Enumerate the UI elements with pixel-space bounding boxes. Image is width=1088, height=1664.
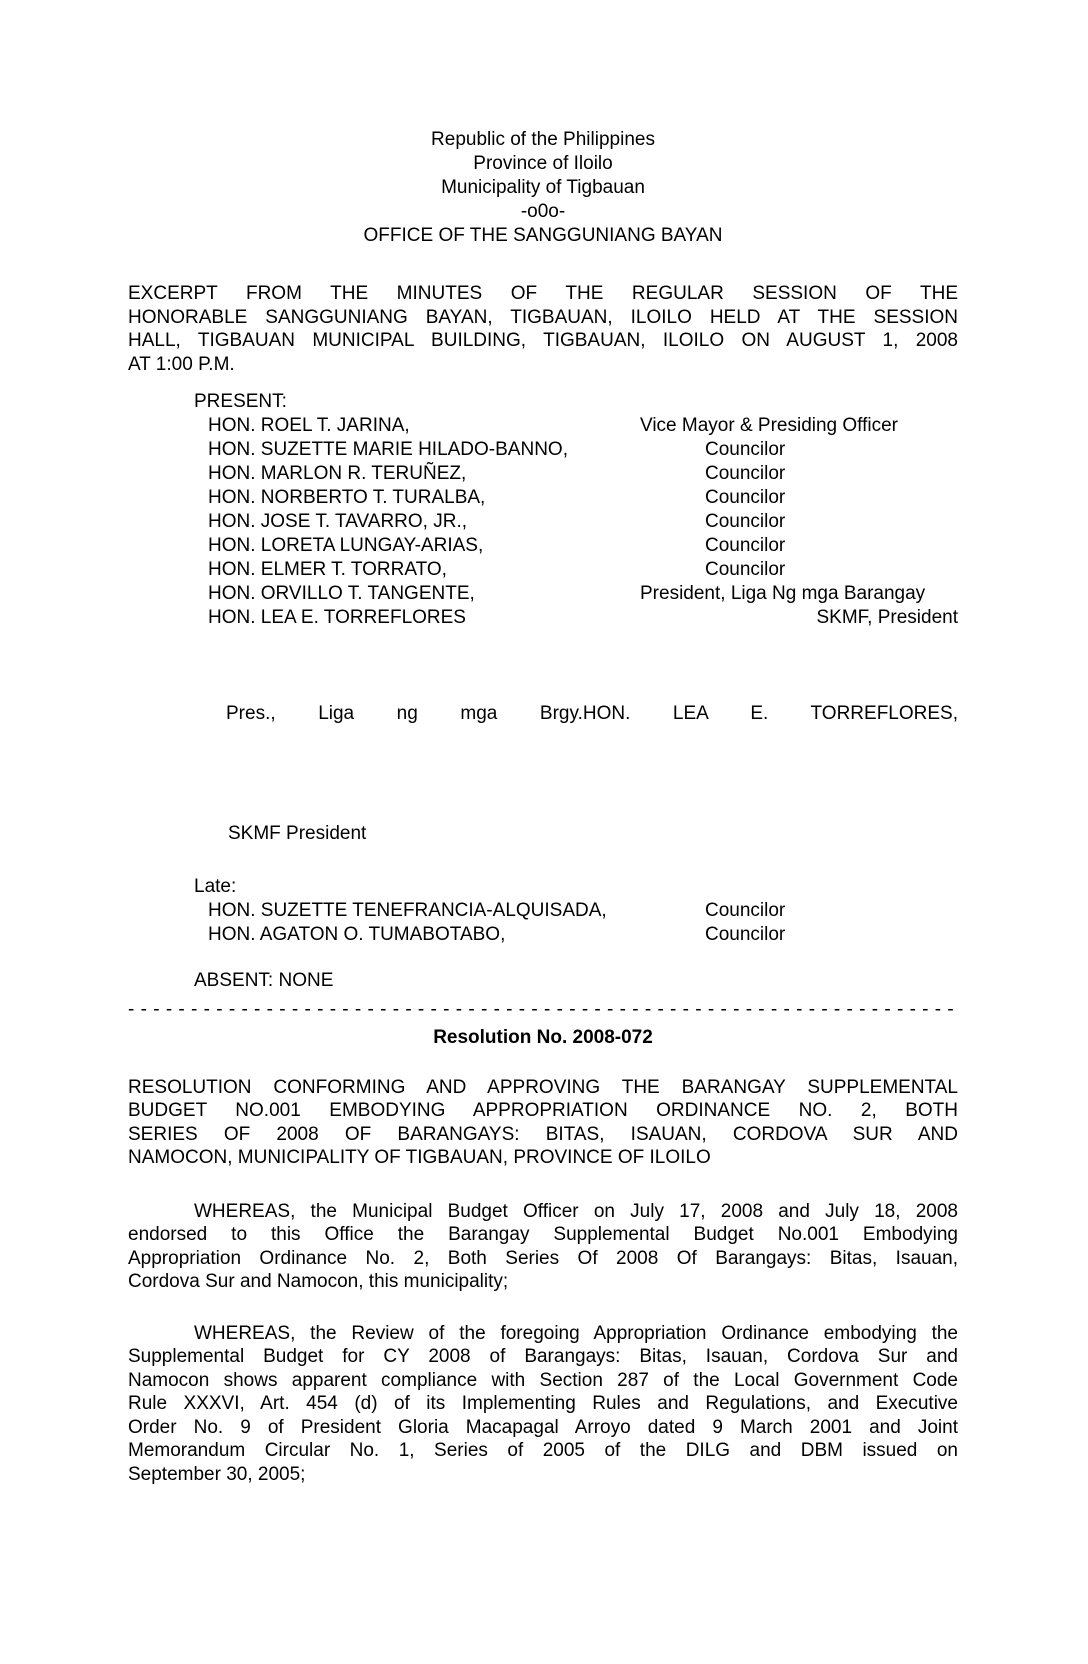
attendee-row: HON. AGATON O. TUMABOTABO, Councilor bbox=[128, 923, 958, 947]
attendee-position: Councilor bbox=[640, 534, 958, 558]
attendee-position: Councilor bbox=[640, 510, 958, 534]
attendee-position: SKMF, President bbox=[640, 606, 958, 630]
attendee-name: HON. AGATON O. TUMABOTABO, bbox=[208, 923, 640, 947]
attendee-name: HON. MARLON R. TERUÑEZ, bbox=[208, 462, 640, 486]
attendee-position: Councilor bbox=[640, 923, 958, 947]
whereas2-line: Namocon shows apparent compliance with S… bbox=[128, 1369, 958, 1393]
attendee-row: HON. JOSE T. TAVARRO, JR., Councilor bbox=[128, 510, 958, 534]
attendee-row: HON. SUZETTE TENEFRANCIA-ALQUISADA, Coun… bbox=[128, 899, 958, 923]
attendee-position: Vice Mayor & Presiding Officer bbox=[640, 414, 958, 438]
resolution-title-line: SERIES OF 2008 OF BARANGAYS: BITAS, ISAU… bbox=[128, 1123, 958, 1147]
skmf-president-line: SKMF President bbox=[128, 822, 958, 846]
attendee-row: HON. ORVILLO T. TANGENTE, President, Lig… bbox=[128, 582, 958, 606]
president-liga-overflow-line: Pres., Liga ng mga Brgy.HON. LEA E. TORR… bbox=[226, 702, 958, 726]
attendee-name: HON. ELMER T. TORRATO, bbox=[208, 558, 640, 582]
attendee-position: Councilor bbox=[640, 462, 958, 486]
excerpt-paragraph: EXCERPT FROM THE MINUTES OF THE REGULAR … bbox=[128, 282, 958, 376]
attendee-name: HON. LEA E. TORREFLORES bbox=[208, 606, 640, 630]
whereas2-line: WHEREAS, the Review of the foregoing App… bbox=[128, 1322, 958, 1346]
attendee-name: HON. ORVILLO T. TANGENTE, bbox=[208, 582, 640, 606]
whereas1-line: Appropriation Ordinance No. 2, Both Seri… bbox=[128, 1247, 958, 1271]
excerpt-line: EXCERPT FROM THE MINUTES OF THE REGULAR … bbox=[128, 282, 958, 306]
late-list: HON. SUZETTE TENEFRANCIA-ALQUISADA, Coun… bbox=[128, 899, 958, 947]
attendee-row: HON. LORETA LUNGAY-ARIAS, Councilor bbox=[128, 534, 958, 558]
whereas2-line: September 30, 2005; bbox=[128, 1463, 958, 1487]
attendee-row: HON. MARLON R. TERUÑEZ, Councilor bbox=[128, 462, 958, 486]
attendee-position: Councilor bbox=[640, 558, 958, 582]
whereas2-line: Supplemental Budget for CY 2008 of Baran… bbox=[128, 1345, 958, 1369]
letterhead-ornament: -o0o- bbox=[128, 200, 958, 224]
attendee-row: HON. NORBERTO T. TURALBA, Councilor bbox=[128, 486, 958, 510]
attendee-name: HON. ROEL T. JARINA, bbox=[208, 414, 640, 438]
whereas2-line: Memorandum Circular No. 1, Series of 200… bbox=[128, 1439, 958, 1463]
attendee-row: HON. LEA E. TORREFLORES SKMF, President bbox=[128, 606, 958, 630]
whereas2-line: Order No. 9 of President Gloria Macapaga… bbox=[128, 1416, 958, 1440]
attendee-position: Councilor bbox=[640, 486, 958, 510]
attendee-row: HON. SUZETTE MARIE HILADO-BANNO, Council… bbox=[128, 438, 958, 462]
letterhead-municipality: Municipality of Tigbauan bbox=[128, 176, 958, 200]
letterhead-province: Province of Iloilo bbox=[128, 152, 958, 176]
excerpt-line: HALL, TIGBAUAN MUNICIPAL BUILDING, TIGBA… bbox=[128, 329, 958, 353]
attendee-row: HON. ROEL T. JARINA, Vice Mayor & Presid… bbox=[128, 414, 958, 438]
excerpt-line: HONORABLE SANGGUNIANG BAYAN, TIGBAUAN, I… bbox=[128, 306, 958, 330]
attendee-position: Councilor bbox=[640, 899, 958, 923]
resolution-title-paragraph: RESOLUTION CONFORMING AND APPROVING THE … bbox=[128, 1076, 958, 1170]
attendee-name: HON. JOSE T. TAVARRO, JR., bbox=[208, 510, 640, 534]
attendee-name: HON. SUZETTE MARIE HILADO-BANNO, bbox=[208, 438, 640, 462]
resolution-title-line: NAMOCON, MUNICIPALITY OF TIGBAUAN, PROVI… bbox=[128, 1146, 958, 1170]
excerpt-line: AT 1:00 P.M. bbox=[128, 353, 958, 377]
document-content: Republic of the Philippines Province of … bbox=[128, 128, 958, 1486]
document-page: Republic of the Philippines Province of … bbox=[0, 0, 1088, 1664]
whereas2-line: Rule XXXVI, Art. 454 (d) of its Implemen… bbox=[128, 1392, 958, 1416]
document-letterhead: Republic of the Philippines Province of … bbox=[128, 128, 958, 248]
absent-line: ABSENT: NONE bbox=[128, 969, 958, 993]
attendee-name: HON. SUZETTE TENEFRANCIA-ALQUISADA, bbox=[208, 899, 640, 923]
present-label: PRESENT: bbox=[128, 390, 958, 414]
resolution-title-line: BUDGET NO.001 EMBODYING APPROPRIATION OR… bbox=[128, 1099, 958, 1123]
present-list: HON. ROEL T. JARINA, Vice Mayor & Presid… bbox=[128, 414, 958, 630]
attendee-position: President, Liga Ng mga Barangay bbox=[640, 582, 958, 606]
whereas-paragraph-2: WHEREAS, the Review of the foregoing App… bbox=[128, 1322, 958, 1487]
letterhead-office: OFFICE OF THE SANGGUNIANG BAYAN bbox=[128, 224, 958, 248]
attendee-name: HON. NORBERTO T. TURALBA, bbox=[208, 486, 640, 510]
letterhead-republic: Republic of the Philippines bbox=[128, 128, 958, 152]
dashed-divider: - - - - - - - - - - - - - - - - - - - - … bbox=[128, 998, 958, 1022]
whereas1-line: WHEREAS, the Municipal Budget Officer on… bbox=[128, 1200, 958, 1224]
late-label: Late: bbox=[128, 875, 958, 899]
resolution-number: Resolution No. 2008-072 bbox=[128, 1026, 958, 1050]
resolution-title-line: RESOLUTION CONFORMING AND APPROVING THE … bbox=[128, 1076, 958, 1100]
whereas1-line: Cordova Sur and Namocon, this municipali… bbox=[128, 1270, 958, 1294]
whereas-paragraph-1: WHEREAS, the Municipal Budget Officer on… bbox=[128, 1200, 958, 1294]
attendee-row: HON. ELMER T. TORRATO, Councilor bbox=[128, 558, 958, 582]
attendee-position: Councilor bbox=[640, 438, 958, 462]
attendee-name: HON. LORETA LUNGAY-ARIAS, bbox=[208, 534, 640, 558]
whereas1-line: endorsed to this Office the Barangay Sup… bbox=[128, 1223, 958, 1247]
